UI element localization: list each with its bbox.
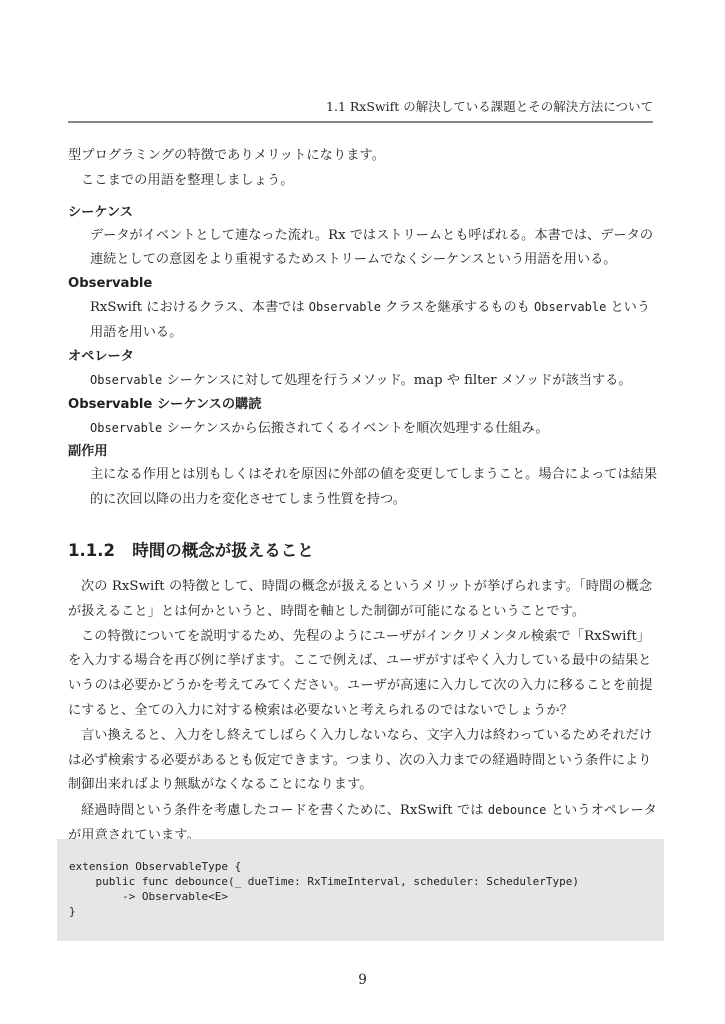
glossary-definition: RxSwift におけるクラス、本書では Observable クラスを継承する…: [90, 295, 658, 346]
page-body: 型プログラミングの特徴でありメリットになります。 ここまでの用語を整理しましょう…: [68, 144, 658, 876]
header-rule: [68, 121, 653, 123]
code-content: extension ObservableType { public func d…: [69, 859, 579, 919]
document-page: 1.1 RxSwift の解決している課題とその解決方法について 型プログラミン…: [0, 0, 725, 1024]
code-listing: extension ObservableType { public func d…: [57, 839, 664, 941]
running-header: 1.1 RxSwift の解決している課題とその解決方法について: [68, 97, 653, 119]
glossary-term: Observable シーケンスの購読: [68, 394, 658, 416]
inline-code: Observable: [534, 300, 606, 314]
section-heading: 1.1.2 時間の概念が扱えること: [68, 539, 658, 563]
glossary-list: シーケンス データがイベントとして連なった流れ。Rx ではストリームとも呼ばれる…: [68, 202, 658, 513]
inline-code: Observable: [90, 421, 162, 435]
glossary-definition: データがイベントとして連なった流れ。Rx ではストリームとも呼ばれる。本書では、…: [90, 224, 658, 274]
glossary-term: オペレータ: [68, 346, 658, 368]
page-number: 9: [0, 972, 725, 988]
inline-code: Observable: [309, 300, 381, 314]
intro-line: ここまでの用語を整理しましょう。: [68, 169, 658, 194]
glossary-definition: Observable シーケンスに対して処理を行うメソッド。map や filt…: [90, 368, 658, 394]
inline-code: Observable: [90, 373, 162, 387]
body-paragraph: 次の RxSwift の特徴として、時間の概念が扱えるというメリットが挙げられま…: [68, 575, 658, 625]
body-paragraph: 言い換えると、入力をし終えてしばらく入力しないなら、文字入力は終わっているためそ…: [68, 724, 658, 798]
glossary-definition: Observable シーケンスから伝搬されてくるイベントを順次処理する仕組み。: [90, 416, 658, 442]
inline-code: debounce: [488, 803, 547, 817]
glossary-term: 副作用: [68, 441, 658, 463]
glossary-term: シーケンス: [68, 202, 658, 224]
body-paragraph: この特徴についてを説明するため、先程のようにユーザがインクリメンタル検索で「Rx…: [68, 625, 658, 724]
intro-line: 型プログラミングの特徴でありメリットになります。: [68, 144, 658, 169]
glossary-definition: 主になる作用とは別もしくはそれを原因に外部の値を変更してしまうこと。場合によって…: [90, 463, 658, 513]
glossary-term: Observable: [68, 273, 658, 295]
